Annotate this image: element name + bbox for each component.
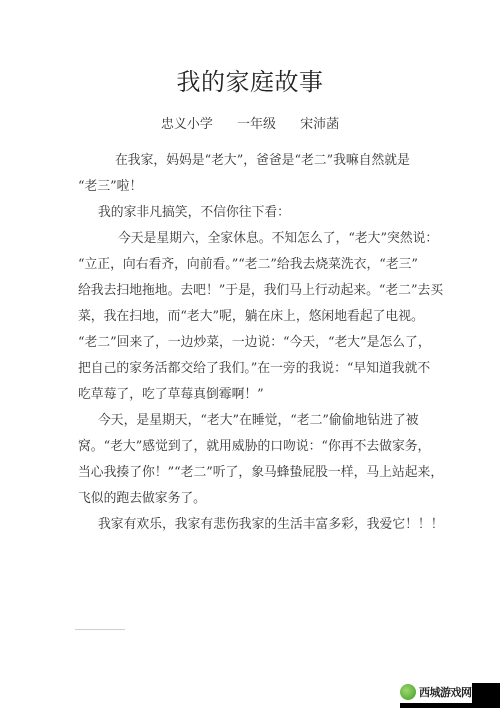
text-line: 窝。“老大”感觉到了，就用威胁的口吻说：“你再不去做家务， — [78, 434, 428, 460]
text-line: “老三”啦！ — [78, 174, 428, 200]
text-line: 飞似的跑去做家务了。 — [78, 486, 428, 512]
document-title: 我的家庭故事 — [0, 62, 500, 97]
leaf-logo-icon — [400, 684, 416, 700]
corner-block — [472, 683, 500, 708]
watermark: 西城游戏网 — [400, 681, 472, 703]
text-line: 今天，是星期天，“老大”在睡觉，“老二”偷偷地钻进了被 — [78, 408, 428, 434]
text-line: 把自己的家务活都交给了我们。”在一旁的我说：“早知道我就不 — [78, 356, 428, 382]
text-line: 当心我揍了你！”“老二”听了，象马蜂蛰屁股一样，马上站起来， — [78, 460, 428, 486]
byline-author: 宋沛菡 — [300, 117, 339, 132]
text-line: 我的家非凡搞笑，不信你往下看： — [78, 200, 428, 226]
byline-school: 忠义小学 — [161, 117, 213, 132]
text-line: 给我去扫地拖地。去吧！”于是，我们马上行动起来。“老二”去买 — [78, 278, 428, 304]
text-line: 菜，我在扫地，而“老大”呢，躺在床上，悠闲地看起了电视。 — [78, 304, 428, 330]
text-line: 今天是星期六，全家休息。不知怎么了，“老大”突然说： — [78, 226, 428, 252]
text-line: “立正，向右看齐，向前看。”“老二”给我去烧菜洗衣，“老三” — [78, 252, 428, 278]
byline: 忠义小学 一年级 宋沛菡 — [0, 113, 500, 132]
text-line: 在我家，妈妈是“老大”，爸爸是“老二”我嘛自然就是 — [78, 148, 428, 174]
text-line: “老二”回来了，一边炒菜，一边说：“今天，“老大”是怎么了， — [78, 330, 428, 356]
text-line: 我家有欢乐，我家有悲伤我家的生活丰富多彩，我爱它！！！ — [78, 512, 428, 538]
text-line: 吃草莓了，吃了草莓真倒霉啊！” — [78, 382, 428, 408]
byline-grade: 一年级 — [237, 117, 276, 132]
footnote-divider — [75, 629, 125, 630]
watermark-text: 西城游戏网 — [419, 684, 472, 700]
document-body: 在我家，妈妈是“老大”，爸爸是“老二”我嘛自然就是 “老三”啦！ 我的家非凡搞笑… — [78, 148, 428, 538]
